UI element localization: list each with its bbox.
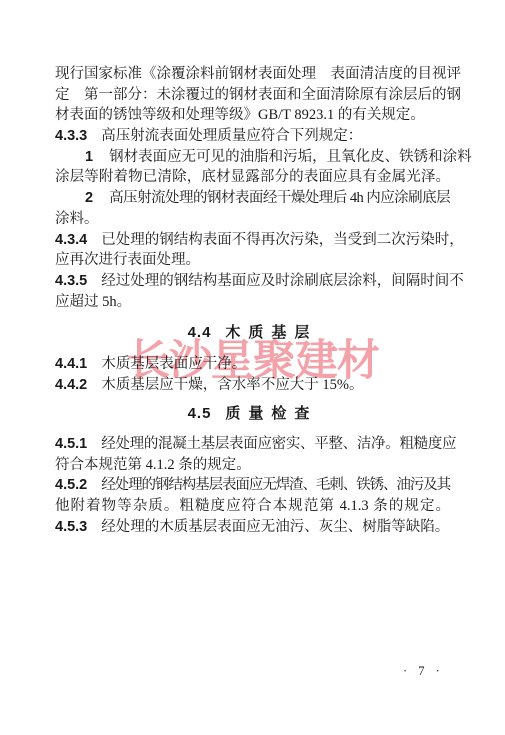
subitem-text: 钢材表面应无可见的油脂和污垢，且氧化皮、铁锈和涂料	[109, 149, 472, 165]
clause-text: 经处理的混凝土基层表面应密实、平整、洁净。粗糙度应	[101, 436, 456, 452]
clause-text: 经处理的木质基层表面应无油污、灰尘、树脂等缺陷。	[101, 519, 449, 535]
clause-4-5-1-line-1: 4.5.1经处理的混凝土基层表面应密实、平整、洁净。粗糙度应	[55, 434, 450, 455]
intro-line-1: 现行国家标准《涂覆涂料前钢材表面处理 表面清洁度的目视评	[55, 64, 450, 85]
clause-text: 木质基层应干燥，含水率不应大于 15%。	[101, 377, 363, 393]
subitem-1-line-1: 1钢材表面应无可见的油脂和污垢，且氧化皮、铁锈和涂料	[55, 147, 450, 168]
section-number: 4.5	[188, 405, 212, 422]
clause-number: 4.4.2	[55, 377, 87, 393]
subitem-2-line-2: 涂料。	[55, 209, 450, 230]
clause-text: 经过处理的钢结构基面应及时涂刷底层涂料，间隔时间不	[101, 273, 464, 289]
clause-number: 4.5.3	[55, 519, 87, 535]
subitem-number: 2	[85, 190, 93, 206]
clause-4-3-4-line-1: 4.3.4已处理的钢结构表面不得再次污染，当受到二次污染时，	[55, 230, 450, 251]
clause-4-5-2-line-2: 他附着物等杂质。粗糙度应符合本规范第 4.1.3 条的规定。	[55, 496, 450, 517]
clause-number: 4.5.1	[55, 436, 87, 452]
clause-text: 已处理的钢结构表面不得再次污染，当受到二次污染时，	[101, 232, 464, 248]
section-title: 质量检查	[225, 405, 317, 422]
clause-number: 4.5.2	[55, 477, 87, 493]
clause-text: 高压射流表面处理质量应符合下列规定：	[101, 128, 362, 144]
clause-4-3-5-line-2: 应超过 5h。	[55, 292, 450, 313]
clause-text: 经处理的钢结构基层表面应无焊渣、毛刺、铁锈、油污及其	[101, 477, 450, 493]
clause-number: 4.4.1	[55, 356, 87, 372]
subitem-1-line-2: 涂层等附着物已清除，底材显露部分的表面应具有金属光泽。	[55, 167, 450, 188]
subitem-text: 高压射流处理的钢材表面经干燥处理后 4h 内应涂刷底层	[109, 190, 450, 206]
subitem-2-line-1: 2高压射流处理的钢材表面经干燥处理后 4h 内应涂刷底层	[55, 188, 450, 209]
clause-number: 4.3.3	[55, 128, 87, 144]
clause-number: 4.3.5	[55, 273, 87, 289]
subitem-number: 1	[85, 149, 93, 165]
clause-4-3-3: 4.3.3高压射流表面处理质量应符合下列规定：	[55, 126, 450, 147]
page-number: · 7 ·	[403, 663, 444, 679]
document-page: 长沙星聚建材 现行国家标准《涂覆涂料前钢材表面处理 表面清洁度的目视评 定 第一…	[0, 0, 505, 735]
clause-4-3-5-line-1: 4.3.5经过处理的钢结构基面应及时涂刷底层涂料，间隔时间不	[55, 271, 450, 292]
section-title: 木质基层	[225, 324, 317, 341]
page-body: 现行国家标准《涂覆涂料前钢材表面处理 表面清洁度的目视评 定 第一部分：未涂覆过…	[55, 64, 450, 537]
intro-line-2: 定 第一部分：未涂覆过的钢材表面和全面清除原有涂层后的钢	[55, 85, 450, 106]
section-heading-4-4: 4.4木质基层	[55, 323, 450, 344]
clause-4-4-2: 4.4.2木质基层应干燥，含水率不应大于 15%。	[55, 375, 450, 396]
section-number: 4.4	[188, 324, 212, 341]
section-heading-4-5: 4.5质量检查	[55, 404, 450, 425]
clause-4-5-1-line-2: 符合本规范第 4.1.2 条的规定。	[55, 455, 450, 476]
clause-4-5-3: 4.5.3经处理的木质基层表面应无油污、灰尘、树脂等缺陷。	[55, 517, 450, 538]
intro-line-3: 材表面的锈蚀等级和处理等级》GB/T 8923.1 的有关规定。	[55, 105, 450, 126]
clause-4-5-2-line-1: 4.5.2经处理的钢结构基层表面应无焊渣、毛刺、铁锈、油污及其	[55, 475, 450, 496]
clause-number: 4.3.4	[55, 232, 87, 248]
clause-4-3-4-line-2: 应再次进行表面处理。	[55, 250, 450, 271]
clause-text: 木质基层表面应干净。	[101, 356, 246, 372]
clause-4-4-1: 4.4.1木质基层表面应干净。	[55, 354, 450, 375]
